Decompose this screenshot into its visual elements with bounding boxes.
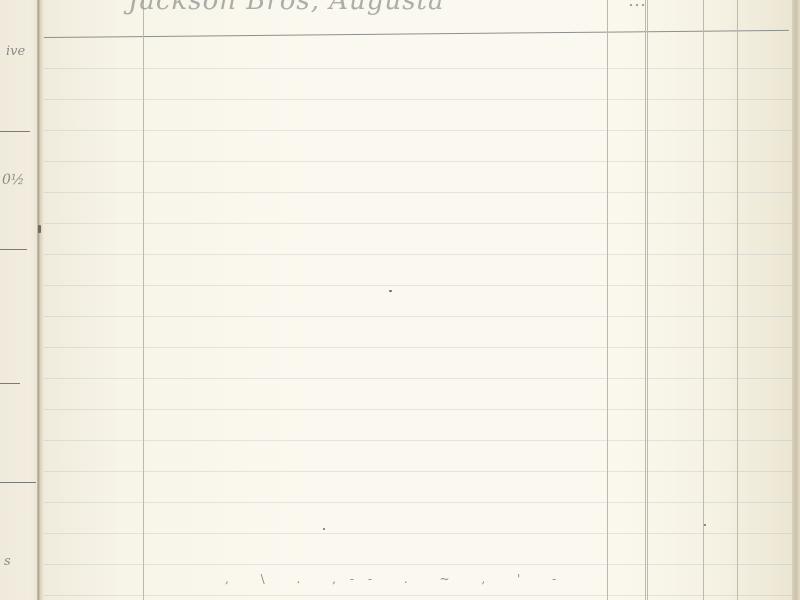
- ledger-page: [0, 0, 800, 600]
- margin-rule: [0, 482, 36, 483]
- handwritten-heading-right: …: [628, 0, 646, 11]
- ruled-line: [44, 192, 792, 193]
- column-red-line: [737, 0, 738, 600]
- ink-spot: [704, 524, 706, 526]
- ruled-line: [44, 285, 792, 286]
- ruled-line: [44, 533, 792, 534]
- handwritten-heading: Jackson Bros, Augusta: [128, 0, 608, 26]
- ink-spot: [389, 290, 392, 292]
- column-red-line: [607, 0, 608, 600]
- book-spine: [37, 0, 40, 600]
- ruled-line: [44, 254, 792, 255]
- margin-rule: [0, 249, 27, 250]
- ruled-line: [44, 161, 792, 162]
- ruled-line: [44, 130, 792, 131]
- ruled-line: [44, 409, 792, 410]
- margin-fragment: 0½: [2, 172, 24, 188]
- ruled-line: [44, 223, 792, 224]
- ruled-line: [44, 471, 792, 472]
- ruled-line: [44, 440, 792, 441]
- ruled-line: [44, 99, 792, 100]
- margin-rule: [0, 131, 30, 132]
- ruled-line: [44, 502, 792, 503]
- ink-spot: [38, 225, 41, 233]
- margin-rule: [0, 383, 20, 384]
- ruled-line: [44, 378, 792, 379]
- ruled-line: [44, 316, 792, 317]
- ruled-line: [44, 595, 792, 596]
- column-double-red-line: [645, 0, 648, 600]
- ink-spot: [323, 528, 325, 530]
- margin-red-line: [143, 0, 144, 600]
- column-red-line: [703, 0, 704, 600]
- page-edge: [792, 0, 800, 600]
- margin-fragment: s: [4, 554, 11, 569]
- ruled-line: [44, 347, 792, 348]
- margin-fragment: ive: [6, 44, 25, 59]
- faded-bottom-text: , \ . ,-- . ~ , ' -: [225, 572, 565, 592]
- ruled-line: [44, 564, 792, 565]
- ruled-line: [44, 68, 792, 69]
